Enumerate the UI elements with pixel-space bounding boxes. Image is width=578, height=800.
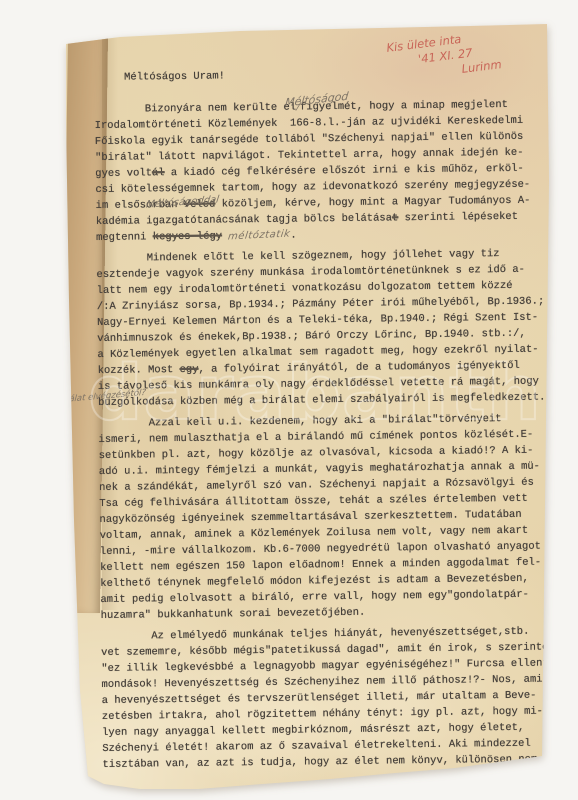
struck-text: ál (152, 167, 165, 179)
typed-text: , a folyóirat irányától, de a tudományos… (198, 360, 519, 376)
struck-text: egy (180, 364, 199, 376)
letter-page: Méltóságos Uram! Bizonyára nem kerülte e… (0, 0, 578, 800)
scan-background: Méltóságos Uram! Bizonyára nem kerülte e… (0, 0, 578, 800)
letter-page-wrap: Méltóságos Uram! Bizonyára nem kerülte e… (0, 0, 578, 800)
typed-text: tisztában van, az azt is tudja, hogy az … (102, 754, 537, 771)
paragraph: Azzal kell u.i. kezdenem, hogy aki a "bi… (98, 410, 565, 624)
typed-text: megtenni (96, 231, 153, 244)
paragraph: Az elmélyedő munkának teljes hiányát, he… (101, 623, 567, 773)
typed-text: buzgólkodása közben még a birálat elemi … (98, 392, 545, 409)
struck-text: kegyes légy (153, 230, 222, 243)
typed-text: közöljem, kérve, hogy mint a Magyar Tudo… (215, 195, 530, 211)
typed-text: szerinti lépéseket (398, 211, 518, 224)
typed-text: amit pedig elolvasott a biráló, erre val… (100, 589, 529, 606)
typed-text: kozzék. Most (98, 364, 180, 377)
typed-text: huzamra" bukkanhatunk sorai bevezetőjébe… (101, 607, 366, 622)
pencil-correction: méltóztatik (227, 227, 291, 246)
paragraph: Mindenek előtt le kell szögeznem, hogy j… (96, 245, 562, 411)
typed-text: . (290, 230, 296, 242)
paragraph: Bizonyára nem kerülte el/figyelmét, hogy… (94, 96, 560, 246)
typed-text: Bizonyára nem kerülte el (94, 102, 296, 116)
typed-text: kadémia igazgatótanácsának tagja bölcs b… (96, 212, 392, 228)
typewritten-letter: Méltóságos Uram! Bizonyára nem kerülte e… (94, 64, 567, 778)
typed-text: gyes volt (95, 167, 152, 180)
